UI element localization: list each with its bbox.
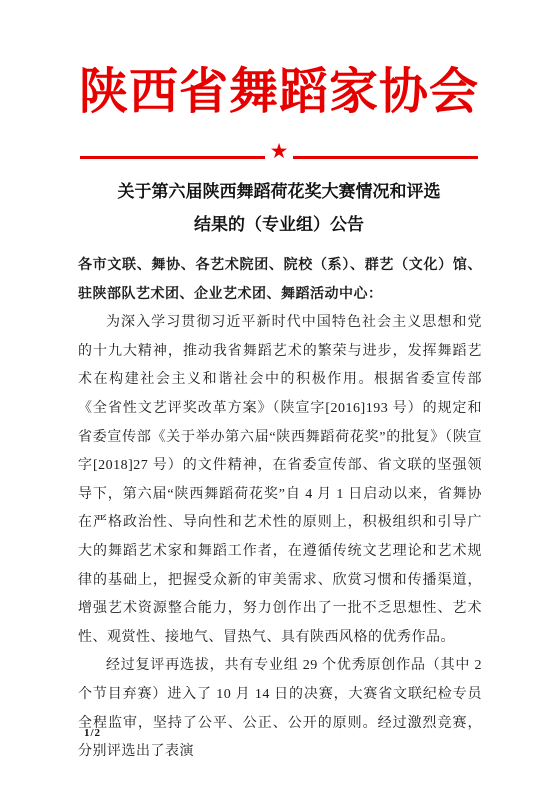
document-title-line1: 关于第六届陕西舞蹈荷花奖大赛情况和评选: [0, 175, 558, 208]
document-title-line2: 结果的（专业组）公告: [0, 208, 558, 241]
page-number: 1/2: [84, 727, 101, 739]
letterhead-divider: ★: [80, 140, 478, 162]
document-title: 关于第六届陕西舞蹈荷花奖大赛情况和评选 结果的（专业组）公告: [0, 175, 558, 241]
paragraph-2: 经过复评再选拔，共有专业组 29 个优秀原创作品（其中 2 个节目弃赛）进入了 …: [78, 652, 482, 766]
paragraph-1: 为深入学习贯彻习近平新时代中国特色社会主义思想和党的十九大精神，推动我省舞蹈艺术…: [78, 309, 482, 652]
divider-line-left: [80, 156, 265, 159]
divider-line-right: [293, 156, 478, 159]
document-body: 各市文联、舞协、各艺术院团、院校（系）、群艺（文化）馆、驻陕部队艺术团、企业艺术…: [78, 252, 482, 767]
org-letterhead-title: 陕西省舞蹈家协会: [0, 0, 558, 124]
document-page: 陕西省舞蹈家协会 ★ 关于第六届陕西舞蹈荷花奖大赛情况和评选 结果的（专业组）公…: [0, 0, 558, 800]
star-icon: ★: [270, 141, 289, 162]
salutation: 各市文联、舞协、各艺术院团、院校（系）、群艺（文化）馆、驻陕部队艺术团、企业艺术…: [78, 252, 482, 309]
